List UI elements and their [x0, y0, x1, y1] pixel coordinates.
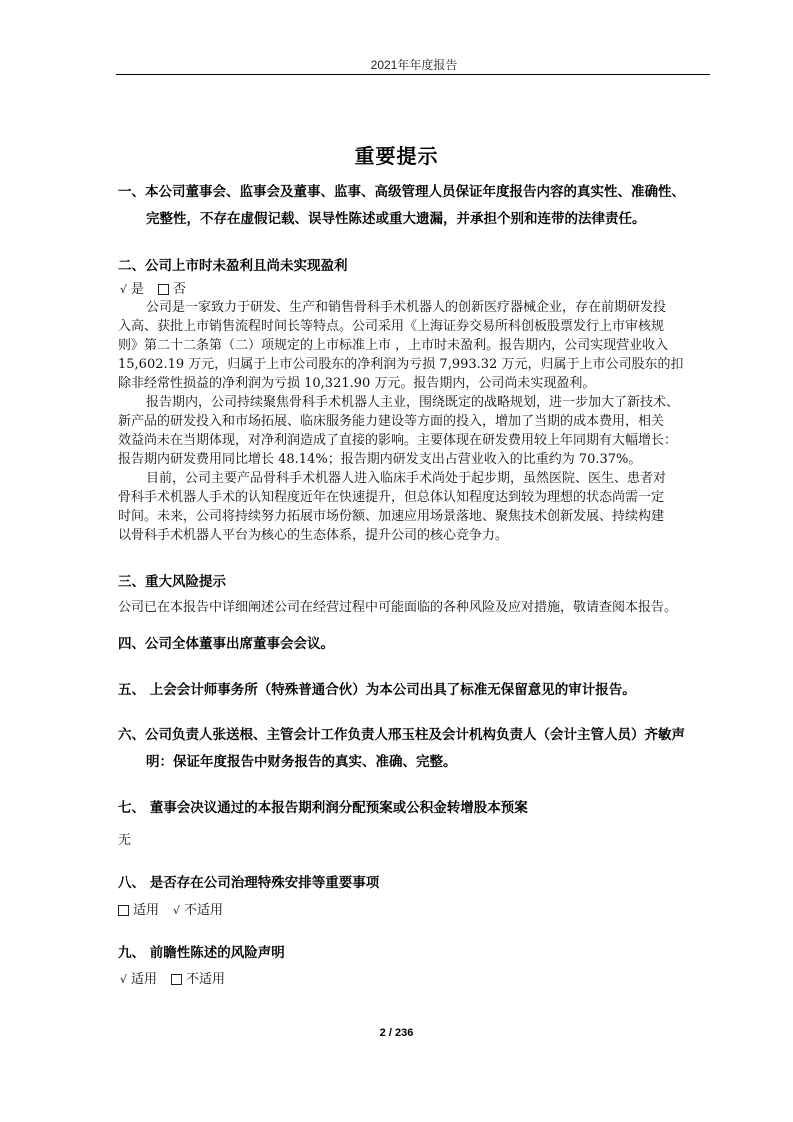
section-1-heading-line1: 一、本公司董事会、监事会及董事、监事、高级管理人员保证年度报告内容的真实性、准确… — [118, 183, 718, 201]
empty-checkbox-icon — [171, 974, 182, 985]
option-applicable-label: 适用 — [133, 901, 159, 920]
section-2-paragraph-line: 除非经常性损益的净利润为亏损 10,321.90 万元。报告期内，公司尚未实现盈… — [118, 374, 714, 393]
section-2-paragraph-line: 公司是一家致力于研发、生产和销售骨科手术机器人的创新医疗器械企业，存在前期研发投 — [146, 298, 742, 317]
section-2-paragraph-line: 15,602.19 万元，归属于上市公司股东的净利润为亏损 7,993.32 万… — [118, 355, 714, 374]
section-2-paragraph-line: 目前，公司主要产品骨科手术机器人进入临床手术尚处于起步期，虽然医院、医生、患者对 — [146, 469, 742, 488]
option-not-applicable-label: 不适用 — [184, 901, 223, 920]
empty-checkbox-icon — [118, 905, 129, 916]
checkmark-icon: √ — [120, 280, 127, 299]
document-page: 2021年年度报告 重要提示 一、本公司董事会、监事会及董事、监事、高级管理人员… — [0, 0, 793, 1122]
section-5-heading: 五、 上会会计师事务所（特殊普通合伙）为本公司出具了标准无保留意见的审计报告。 — [118, 681, 718, 699]
section-2-options: √ 是 否 — [120, 280, 716, 299]
section-2-paragraph-line: 入高、获批上市销售流程时间长等特点。公司采用《上海证券交易所科创板股票发行上市审… — [118, 317, 714, 336]
section-8-options: 适用 √ 不适用 — [118, 901, 714, 922]
section-2-paragraph-line: 效益尚未在当期体现，对净利润造成了直接的影响。主要体现在研发费用较上年同期有大幅… — [118, 431, 714, 450]
option-not-applicable-label: 不适用 — [186, 970, 225, 989]
section-4-heading: 四、公司全体董事出席董事会会议。 — [118, 635, 718, 653]
section-9-options: √ 适用 不适用 — [120, 970, 716, 989]
section-8-heading: 八、 是否存在公司治理特殊安排等重要事项 — [118, 874, 718, 892]
section-2-paragraph-line: 则》第二十二条第（二）项规定的上市标准上市 ，上市时未盈利。报告期内，公司实现营… — [118, 336, 714, 355]
empty-checkbox-icon — [158, 284, 169, 295]
checkmark-icon: √ — [173, 901, 180, 920]
header-divider — [116, 74, 710, 75]
section-7-heading: 七、 董事会决议通过的本报告期利润分配预案或公积金转增股本预案 — [118, 799, 718, 817]
section-2-paragraph-line: 以骨科手术机器人平台为核心的生态体系，提升公司的核心竞争力。 — [118, 526, 714, 545]
section-2-paragraph-line: 新产品的研发投入和市场拓展、临床服务能力建设等方面的投入，增加了当期的成本费用，… — [118, 412, 714, 431]
section-2-heading: 二、公司上市时未盈利且尚未实现盈利 — [118, 257, 718, 275]
section-2-paragraph-line: 报告期内研发费用同比增长 48.14%；报告期内研发支出占营业收入的比重约为 7… — [118, 450, 714, 469]
section-6-heading-line2: 明：保证年度报告中财务报告的真实、准确、完整。 — [146, 753, 746, 771]
section-6-heading-line1: 六、公司负责人张送根、主管会计工作负责人邢玉柱及会计机构负责人（会计主管人员）齐… — [118, 726, 718, 744]
section-1-heading-line2: 完整性，不存在虚假记载、误导性陈述或重大遗漏，并承担个别和连带的法律责任。 — [146, 210, 746, 228]
section-3-heading: 三、重大风险提示 — [118, 573, 718, 591]
option-no-label: 否 — [173, 280, 186, 299]
checkmark-icon: √ — [120, 970, 127, 989]
option-yes-label: 是 — [131, 280, 144, 299]
page-number: 2 / 236 — [0, 1027, 793, 1039]
section-2-paragraph-line: 骨科手术机器人手术的认知程度近年在快速提升，但总体认知程度达到较为理想的状态尚需… — [118, 488, 714, 507]
section-7-text: 无 — [118, 831, 714, 850]
running-header: 2021年年度报告 — [118, 56, 710, 73]
page-title: 重要提示 — [0, 140, 793, 169]
section-2-paragraph-line: 报告期内，公司持续聚焦骨科手术机器人主业，围绕既定的战略规划，进一步加大了新技术… — [146, 393, 742, 412]
section-9-heading: 九、 前瞻性陈述的风险声明 — [118, 944, 718, 962]
section-2-paragraph-line: 时间。未来，公司将持续努力拓展市场份额、加速应用场景落地、聚焦技术创新发展、持续… — [118, 507, 714, 526]
section-3-text: 公司已在本报告中详细阐述公司在经营过程中可能面临的各种风险及应对措施，敬请查阅本… — [118, 598, 714, 617]
option-applicable-label: 适用 — [131, 970, 157, 989]
